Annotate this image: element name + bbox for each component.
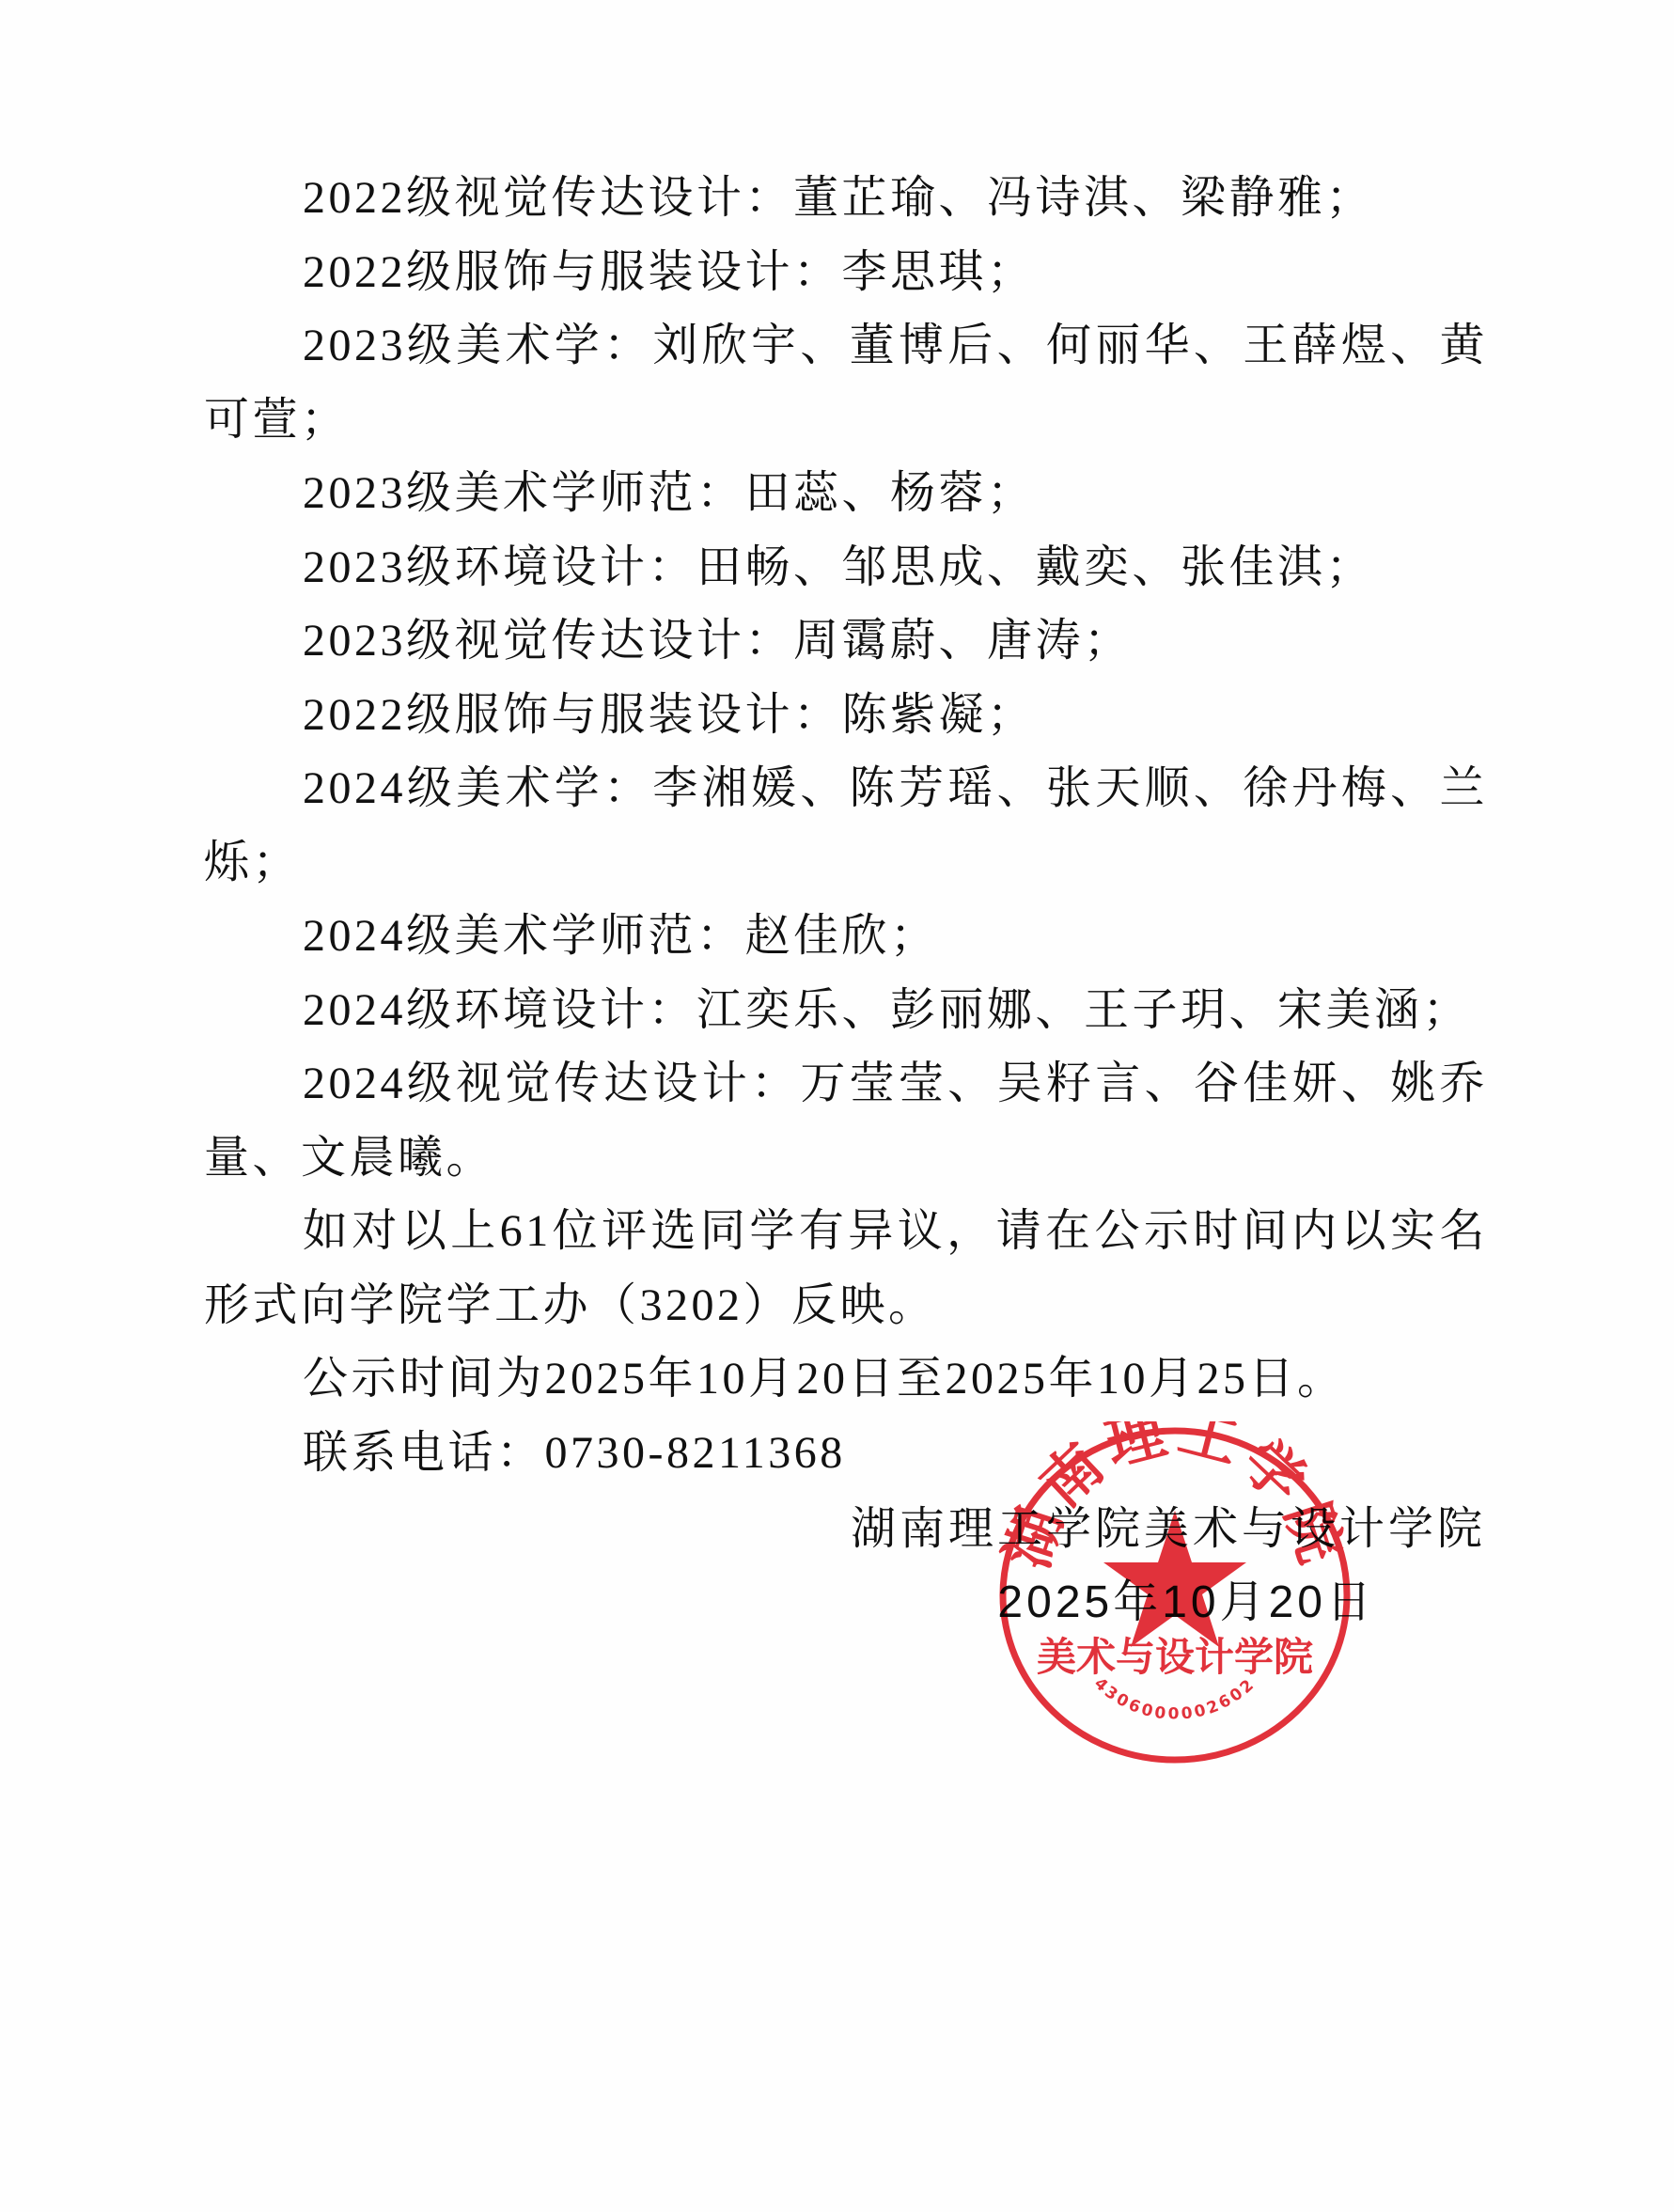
official-seal-icon: 湖南理工学院 美术与设计学院 4306000002602 <box>992 1421 1358 1769</box>
list-2024-fine-arts-education: 2024级美术学师范：赵佳欣； <box>204 900 1488 974</box>
list-2023-fine-arts: 2023级美术学：刘欣宇、董博后、何丽华、王薛煜、黄可萱； <box>204 309 1488 457</box>
document-body: 2022级视觉传达设计：董芷瑜、冯诗淇、梁静雅； 2022级服饰与服装设计：李思… <box>204 162 1488 1490</box>
publicity-period: 公示时间为2025年10月20日至2025年10月25日。 <box>204 1342 1488 1417</box>
list-2022-fashion-design: 2022级服饰与服装设计：李思琪； <box>204 236 1488 310</box>
list-2023-visual-communication: 2023级视觉传达设计：周霭蔚、唐涛； <box>204 604 1488 679</box>
list-2022-fashion-design-2: 2022级服饰与服装设计：陈紫凝； <box>204 679 1488 753</box>
objection-notice: 如对以上61位评选同学有异议，请在公示时间内以实名形式向学院学工办（3202）反… <box>204 1195 1488 1342</box>
list-2023-environmental-design: 2023级环境设计：田畅、邹思成、戴奕、张佳淇； <box>204 531 1488 605</box>
svg-text:4306000002602: 4306000002602 <box>1090 1674 1259 1724</box>
seal-code: 4306000002602 <box>1090 1674 1259 1724</box>
list-2024-visual-communication: 2024级视觉传达设计：万莹莹、吴籽言、谷佳妍、姚乔量、文晨曦。 <box>204 1047 1488 1195</box>
list-2022-visual-communication: 2022级视觉传达设计：董芷瑜、冯诗淇、梁静雅； <box>204 162 1488 236</box>
list-2023-fine-arts-education: 2023级美术学师范：田蕊、杨蓉； <box>204 457 1488 531</box>
seal-center-text: 美术与设计学院 <box>1037 1634 1313 1680</box>
list-2024-fine-arts: 2024级美术学：李湘媛、陈芳瑶、张天顺、徐丹梅、兰烁； <box>204 752 1488 900</box>
list-2024-environmental-design: 2024级环境设计：江奕乐、彭丽娜、王子玥、宋美涵； <box>204 974 1488 1048</box>
document-page: 2022级视觉传达设计：董芷瑜、冯诗淇、梁静雅； 2022级服饰与服装设计：李思… <box>0 0 1674 2212</box>
